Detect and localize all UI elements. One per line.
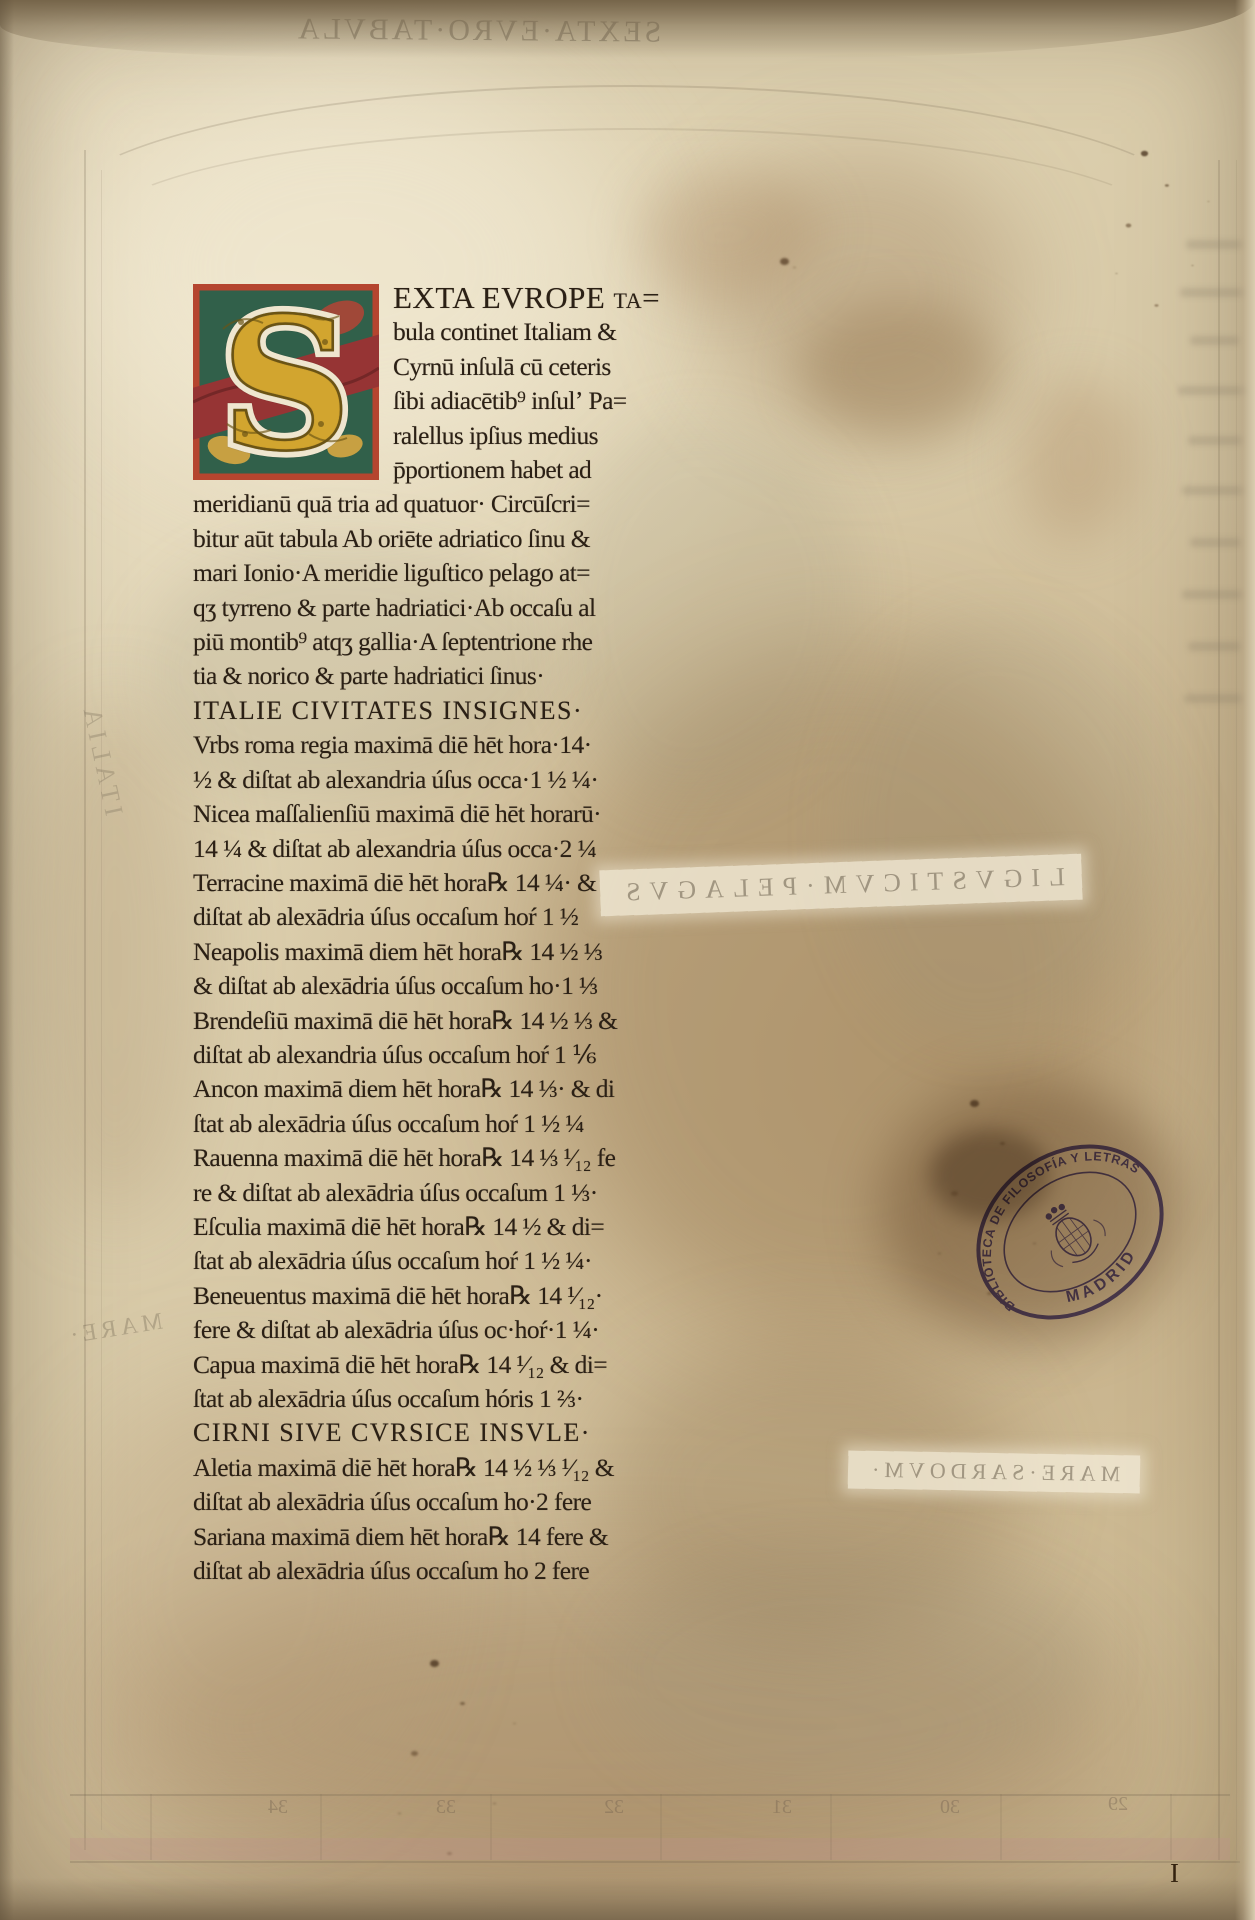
text-line: re & diſtat ab alexādria úſus occaſum 1 …	[193, 1176, 707, 1210]
section-heading-italie: ITALIE CIVITATES INSIGNES·	[193, 694, 707, 728]
marginal-showthrough-line	[1188, 642, 1242, 651]
graticule-number-text: 30	[940, 1796, 960, 1819]
ink-specks	[430, 1660, 439, 1667]
text-line: ½ & diſtat ab alexandria úſus occa·1 ½ ¼…	[193, 763, 707, 797]
marginal-showthrough-line	[1190, 336, 1240, 345]
text-line: tia & norico & parte hadriatici ſinus·	[193, 659, 707, 693]
graticule-number: 31	[772, 1796, 792, 1819]
text-line: Beneuentus maximā diē hēt hora℞ 14 ¹⁄₁₂·	[193, 1279, 707, 1313]
graticule-number-text: 33	[436, 1796, 456, 1819]
text-line: Terracine maximā diē hēt hora℞ 14 ¼· &	[193, 866, 707, 900]
illuminated-initial: S S	[193, 284, 379, 480]
sea-band-sardoum: MARE·SARDOVM·	[848, 1450, 1141, 1493]
page-edge-right	[1235, 0, 1255, 1920]
graticule-number-text: 29	[1108, 1793, 1128, 1816]
text-line: piū montib⁹ atqʒ gallia·A ſeptentrione r…	[193, 625, 707, 659]
text-line: Nicea maſſalienſiū maximā diē hēt horarū…	[193, 797, 707, 831]
text-line: ſtat ab alexādria úſus occaſum hoŕ 1 ½ ¼	[193, 1107, 707, 1141]
text-line: Sariana maximā diem hēt hora℞ 14 fere &	[193, 1520, 707, 1554]
text-line: Vrbs roma regia maximā diē hēt hora·14·	[193, 728, 707, 762]
graticule-number: 30	[940, 1796, 960, 1819]
graticule-number-text: 32	[604, 1796, 624, 1819]
text-line: Rauenna maximā diē hēt hora℞ 14 ⅓ ¹⁄₁₂ f…	[193, 1141, 707, 1175]
initial-letter: S	[221, 284, 352, 480]
initial-capital-S-art: S S	[193, 284, 379, 480]
graticule-number: 29	[1108, 1793, 1128, 1816]
text-line: 14 ¼ & diſtat ab alexandria úſus occa·2 …	[193, 832, 707, 866]
graticule-number-text: 34	[268, 1796, 288, 1819]
text-line: meridianū quā tria ad quatuor· Circūſcri…	[193, 487, 707, 521]
text-line: Eſculia maximā diē hēt hora℞ 14 ½ & di=	[193, 1210, 707, 1244]
text-line: mari Ionio·A meridie liguſtico pelago at…	[193, 556, 707, 590]
ink-specks	[970, 1100, 979, 1107]
text-line: diſtat ab alexādria úſus occaſum ho·2 fe…	[193, 1485, 707, 1519]
coat-of-arms-icon	[1028, 1191, 1112, 1275]
text-line: Aletia maximā diē hēt hora℞ 14 ½ ⅓ ¹⁄₁₂ …	[193, 1451, 707, 1485]
page-edge-bottom	[0, 1878, 1255, 1920]
text-line: ſtat ab alexādria úſus occaſum hóris 1 ⅔…	[193, 1382, 707, 1416]
text-line: & diſtat ab alexādria úſus occaſum ho·1 …	[193, 969, 707, 1003]
text-line: qʒ tyrreno & parte hadriatici·Ab occaſu …	[193, 591, 707, 625]
text-line: diſtat ab alexandria úſus occaſum hoŕ 1 …	[193, 1038, 707, 1072]
graticule-number: 34	[268, 1796, 288, 1819]
page-edge-left	[0, 0, 14, 1920]
graticule-number-text: 31	[772, 1796, 792, 1819]
text-block: S S EXTA EVROPE ta= bula continet Italia…	[193, 281, 707, 1588]
section-heading-cirni: CIRNI SIVE CVRSICE INSVLE·	[193, 1416, 707, 1450]
graticule-number: 32	[604, 1796, 624, 1819]
graticule-number: 33	[436, 1796, 456, 1819]
text-line: diſtat ab alexādria úſus occaſum ho 2 fe…	[193, 1554, 707, 1588]
text-line: diſtat ab alexādria úſus occaſum hoŕ 1 ½	[193, 900, 707, 934]
ink-specks	[780, 258, 789, 265]
text-line: Neapolis maximā diem hēt hora℞ 14 ½ ⅓	[193, 935, 707, 969]
text-line: fere & diſtat ab alexādria úſus oc·hoŕ·1…	[193, 1313, 707, 1347]
text-line: Ancon maximā diem hēt hora℞ 14 ⅓· & di	[193, 1072, 707, 1106]
text-line: Brendeſiū maximā diē hēt hora℞ 14 ½ ⅓ &	[193, 1004, 707, 1038]
ink-specks	[1141, 151, 1148, 157]
text-line: Capua maximā diē hēt hora℞ 14 ¹⁄₁₂ & di=	[193, 1348, 707, 1382]
text-line: ſtat ab alexādria úſus occaſum hoŕ 1 ½ ¼…	[193, 1244, 707, 1278]
sea-label-sardoum: MARE·SARDOVM·	[867, 1457, 1121, 1487]
text-line: bitur aūt tabula Ab oriēte adriatico ſin…	[193, 522, 707, 556]
